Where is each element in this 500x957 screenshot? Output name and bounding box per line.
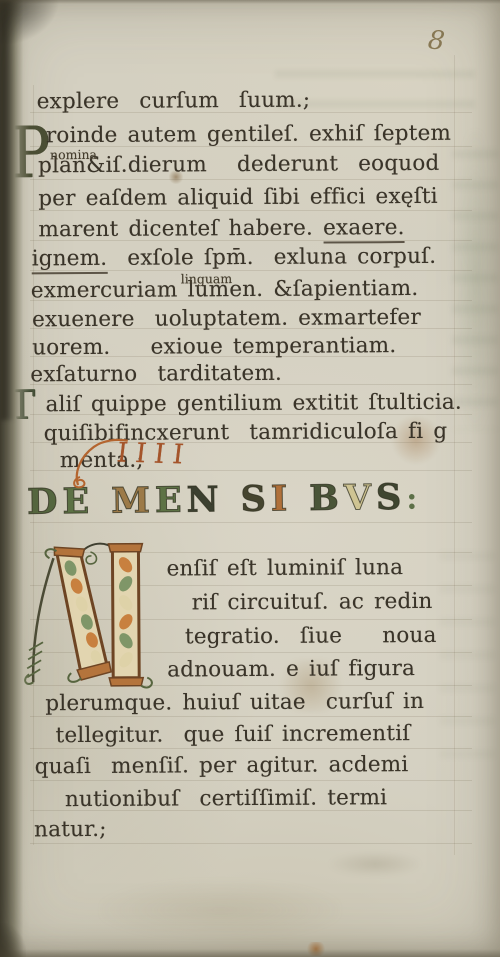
- text-segment: roinde autem gentileſ. exhiſ ſeptem: [46, 121, 451, 148]
- text-line-18: plerumque. huiuſ uitae curſuſ in: [45, 689, 424, 717]
- heading-letter: V: [344, 477, 377, 518]
- text-segment: per eaſdem aliquid ſibi effici exęſti: [38, 184, 438, 211]
- text-line-6: ignem. exſole ſpm̄. exluna corpuſ.: [32, 244, 437, 272]
- heading-letter: D: [27, 481, 63, 522]
- text-line-20: quaſi menſiſ. per agitur. acdemi: [35, 752, 409, 780]
- interlinear-gloss: linguam: [181, 266, 233, 292]
- text-segment: aliſ quippe gentilium extitit ſtulticia.: [45, 390, 462, 418]
- page-corner-shadow: [0, 0, 60, 46]
- illuminated-initial-m-icon: [20, 538, 157, 693]
- text-line-9: uorem. exioue temperantiam.: [32, 333, 396, 361]
- heading-letter: I: [271, 478, 293, 519]
- text-segment: tellegitur. que ſuiſ incrementiſ: [55, 721, 410, 748]
- text-line-2: roinde autem gentileſ. exhiſ ſeptem: [46, 121, 451, 149]
- text-segment: riſ circuituſ. ac redin: [192, 589, 433, 615]
- text-line-15: riſ circuituſ. ac redin: [192, 589, 433, 616]
- red-flourish-icon: [70, 433, 130, 489]
- underlined-word: ignem.: [32, 246, 108, 274]
- text-segment: exſaturno tarditatem.: [30, 361, 282, 388]
- text-line-16: tegratio. ſiue noua: [185, 623, 437, 651]
- text-line-21: nutionibuſ certiſſimiſ. termi: [65, 785, 387, 813]
- manuscript-photo: 8 P T: [0, 0, 500, 957]
- text-line-7: exmercuriam lumen. &ſapientiam.linguam: [31, 276, 419, 304]
- text-line-5: marent dicenteſ habere. exaere.: [38, 215, 404, 243]
- heading-letter: E: [155, 480, 187, 521]
- page-edge-top: [0, 0, 500, 4]
- parchment-page: 8 P T: [0, 0, 500, 957]
- text-segment: uorem. exioue temperantiam.: [32, 333, 396, 360]
- text-segment: enſiſ eſt luminiſ luna: [166, 555, 403, 581]
- text-segment: plerumque. huiuſ uitae curſuſ in: [45, 689, 424, 716]
- heading-colon: :: [406, 482, 420, 517]
- text-line-3: plan&iſ.dierum dederunt eoquodnomina: [38, 151, 439, 179]
- underlined-word: exaere.: [323, 215, 405, 243]
- text-segment: nutionibuſ certiſſimiſ. termi: [65, 785, 387, 812]
- text-line-10: exſaturno tarditatem.: [30, 361, 282, 389]
- text-segment: adnouam. e iuſ figura: [167, 656, 415, 683]
- text-segment: natur.;: [34, 817, 107, 842]
- heading-letter: S: [376, 477, 407, 518]
- heading-letter: S: [240, 479, 271, 520]
- text-segment: plan&iſ.dierum dederunt eoquod: [38, 151, 439, 178]
- text-segment: quaſi menſiſ. per agitur. acdemi: [35, 752, 409, 779]
- interlinear-gloss: nomina: [50, 142, 97, 168]
- page-gutter-shadow: [0, 0, 14, 420]
- text-line-22: natur.;: [34, 817, 107, 843]
- text-segment: explere curſum ſuum.;: [37, 88, 311, 115]
- heading-letter: B: [309, 478, 344, 519]
- text-segment: tegratio. ſiue noua: [185, 623, 437, 650]
- text-line-14: enſiſ eſt luminiſ luna: [166, 555, 403, 582]
- text-block: P T: [0, 0, 500, 957]
- text-line-19: tellegitur. que ſuiſ incrementiſ: [55, 721, 410, 749]
- page-edge-bottom: [0, 949, 500, 957]
- text-line-8: exuenere uoluptatem. exmartefer: [32, 305, 421, 333]
- text-segment: exuenere uoluptatem. exmartefer: [32, 305, 421, 332]
- text-segment: exſole ſpm̄. exluna corpuſ.: [107, 244, 436, 271]
- text-line-11: aliſ quippe gentilium extitit ſtulticia.: [45, 390, 462, 419]
- text-line-17: adnouam. e iuſ figura: [167, 656, 415, 684]
- text-line-1: explere curſum ſuum.;: [37, 88, 311, 116]
- text-line-4: per eaſdem aliquid ſibi effici exęſti: [38, 184, 438, 212]
- text-segment: marent dicenteſ habere.: [38, 216, 323, 243]
- heading-letter: N: [186, 479, 224, 520]
